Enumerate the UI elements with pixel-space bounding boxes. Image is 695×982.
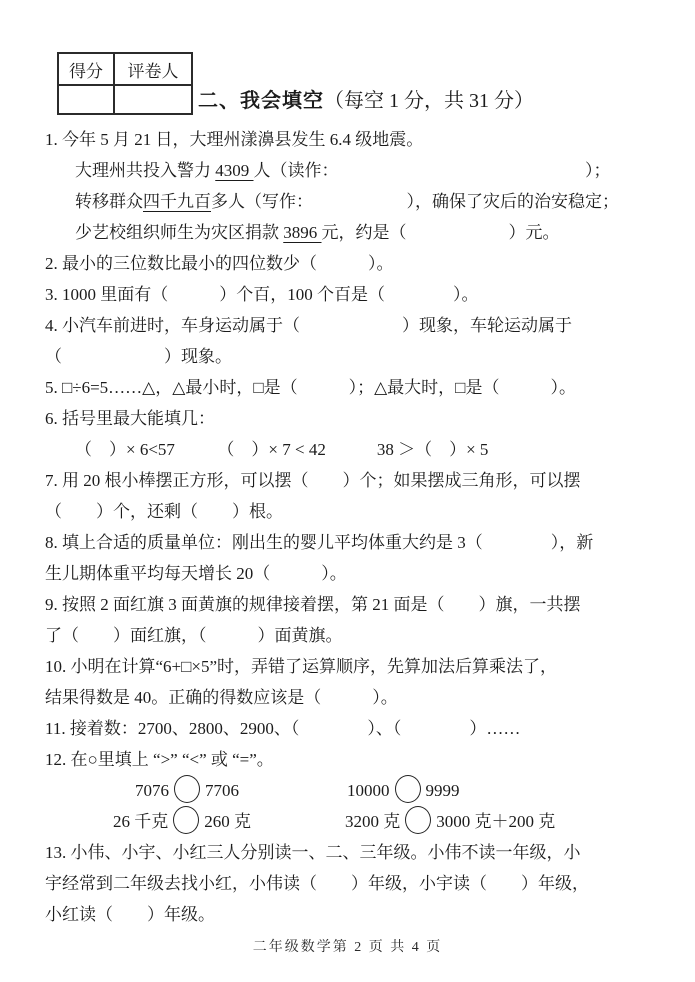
page-footer: 二年级数学第 2 页 共 4 页 [0,936,695,956]
compare-pair-1: 70767706 [135,775,347,806]
question-13-line-3: 小红读（ ）年级。 [45,899,673,930]
questions-area: 1. 今年 5 月 21 日，大理州漾濞县发生 6.4 级地震。 大理州共投入警… [45,124,673,930]
question-4-line-2: （ ）现象。 [45,341,673,372]
question-13-line-1: 13. 小伟、小宇、小红三人分别读一、二、三年级。小伟不读一年级，小 [45,837,673,868]
question-12-intro: 12. 在○里填上 “>” “<” 或 “=”。 [45,744,673,775]
section-title-points: （每空 1 分，共 31 分） [324,90,534,112]
question-6-line-2: （ ）× 6<57 （ ）× 7 < 42 38 ＞（ ）× 5 [45,434,673,465]
question-13-line-2: 宇经常到二年级去找小红，小伟读（ ）年级，小宇读（ ）年级， [45,868,673,899]
comparison-circle [174,775,200,803]
comparison-circle [405,806,431,834]
section-title-text: 二、我会填空 [198,90,324,112]
comparison-circle [173,806,199,834]
question-4-line-1: 4. 小汽车前进时，车身运动属于（ ）现象，车轮运动属于 [45,310,673,341]
compare-pair-4: 3200 克3000 克＋200 克 [345,806,555,837]
grader-label: 评卷人 [114,53,192,85]
compare-pair-3: 26 千克260 克 [113,806,345,837]
q1-l2-text: 大理州共投入警力 [75,161,215,180]
question-12-compare-row-2: 26 千克260 克3200 克3000 克＋200 克 [45,806,673,837]
compare-right-value: 260 克 [204,812,251,831]
q1-l3-underlined-number: 四千九百 [143,192,211,211]
question-3: 3. 1000 里面有（ ）个百，100 个百是（ ）。 [45,279,673,310]
question-1-line-1: 1. 今年 5 月 21 日，大理州漾濞县发生 6.4 级地震。 [45,124,673,155]
score-box: 得分 评卷人 [57,52,193,115]
compare-left-value: 10000 [347,781,390,800]
section-title: 二、我会填空（每空 1 分，共 31 分） [198,84,534,113]
question-7-line-2: （ ）个，还剩（ ）根。 [45,496,673,527]
question-5: 5. □÷6=5……△，△最小时，□是（ ）；△最大时，□是（ ）。 [45,372,673,403]
compare-right-value: 7706 [205,781,239,800]
comparison-circle [395,775,421,803]
score-label: 得分 [58,53,114,85]
q1-l2-underlined-number: 4309 [215,161,253,180]
grader-empty-cell [114,85,192,114]
compare-left-value: 7076 [135,781,169,800]
question-1-line-2: 大理州共投入警力 4309 人（读作： ）； [45,155,673,186]
q1-l4-underlined-number: 3896 [283,223,321,242]
question-9-line-1: 9. 按照 2 面红旗 3 面黄旗的规律接着摆，第 21 面是（ ）旗，一共摆 [45,589,673,620]
q1-l3-blank: 多人（写作： ），确保了灾后的治安稳定； [211,192,619,211]
q1-l4-text: 少艺校组织师生为灾区捐款 [75,223,283,242]
question-7-line-1: 7. 用 20 根小棒摆正方形，可以摆（ ）个；如果摆成三角形，可以摆 [45,465,673,496]
question-6-line-1: 6. 括号里最大能填几： [45,403,673,434]
question-2: 2. 最小的三位数比最小的四位数少（ ）。 [45,248,673,279]
question-8-line-2: 生儿期体重平均每天增长 20（ ）。 [45,558,673,589]
question-1-line-3: 转移群众四千九百多人（写作： ），确保了灾后的治安稳定； [45,186,673,217]
compare-left-value: 3200 克 [345,812,400,831]
question-1-line-4: 少艺校组织师生为灾区捐款 3896 元，约是（ ）元。 [45,217,673,248]
score-empty-cell [58,85,114,114]
compare-right-value: 3000 克＋200 克 [436,812,555,831]
question-12-compare-row-1: 70767706100009999 [45,775,673,806]
question-9-line-2: 了（ ）面红旗，（ ）面黄旗。 [45,620,673,651]
question-10-line-1: 10. 小明在计算“6+□×5”时，弄错了运算顺序，先算加法后算乘法了， [45,651,673,682]
question-11: 11. 接着数：2700、2800、2900、（ ）、（ ）…… [45,713,673,744]
compare-right-value: 9999 [426,781,460,800]
compare-pair-2: 100009999 [347,775,460,806]
question-10-line-2: 结果得数是 40。正确的得数应该是（ ）。 [45,682,673,713]
q1-l4-blank: 元，约是（ ）元。 [322,223,560,242]
q1-l3-text: 转移群众 [75,192,143,211]
q1-l2-blank: 人（读作： ）； [254,161,611,180]
compare-left-value: 26 千克 [113,812,168,831]
question-8-line-1: 8. 填上合适的质量单位：刚出生的婴儿平均体重大约是 3（ ），新 [45,527,673,558]
